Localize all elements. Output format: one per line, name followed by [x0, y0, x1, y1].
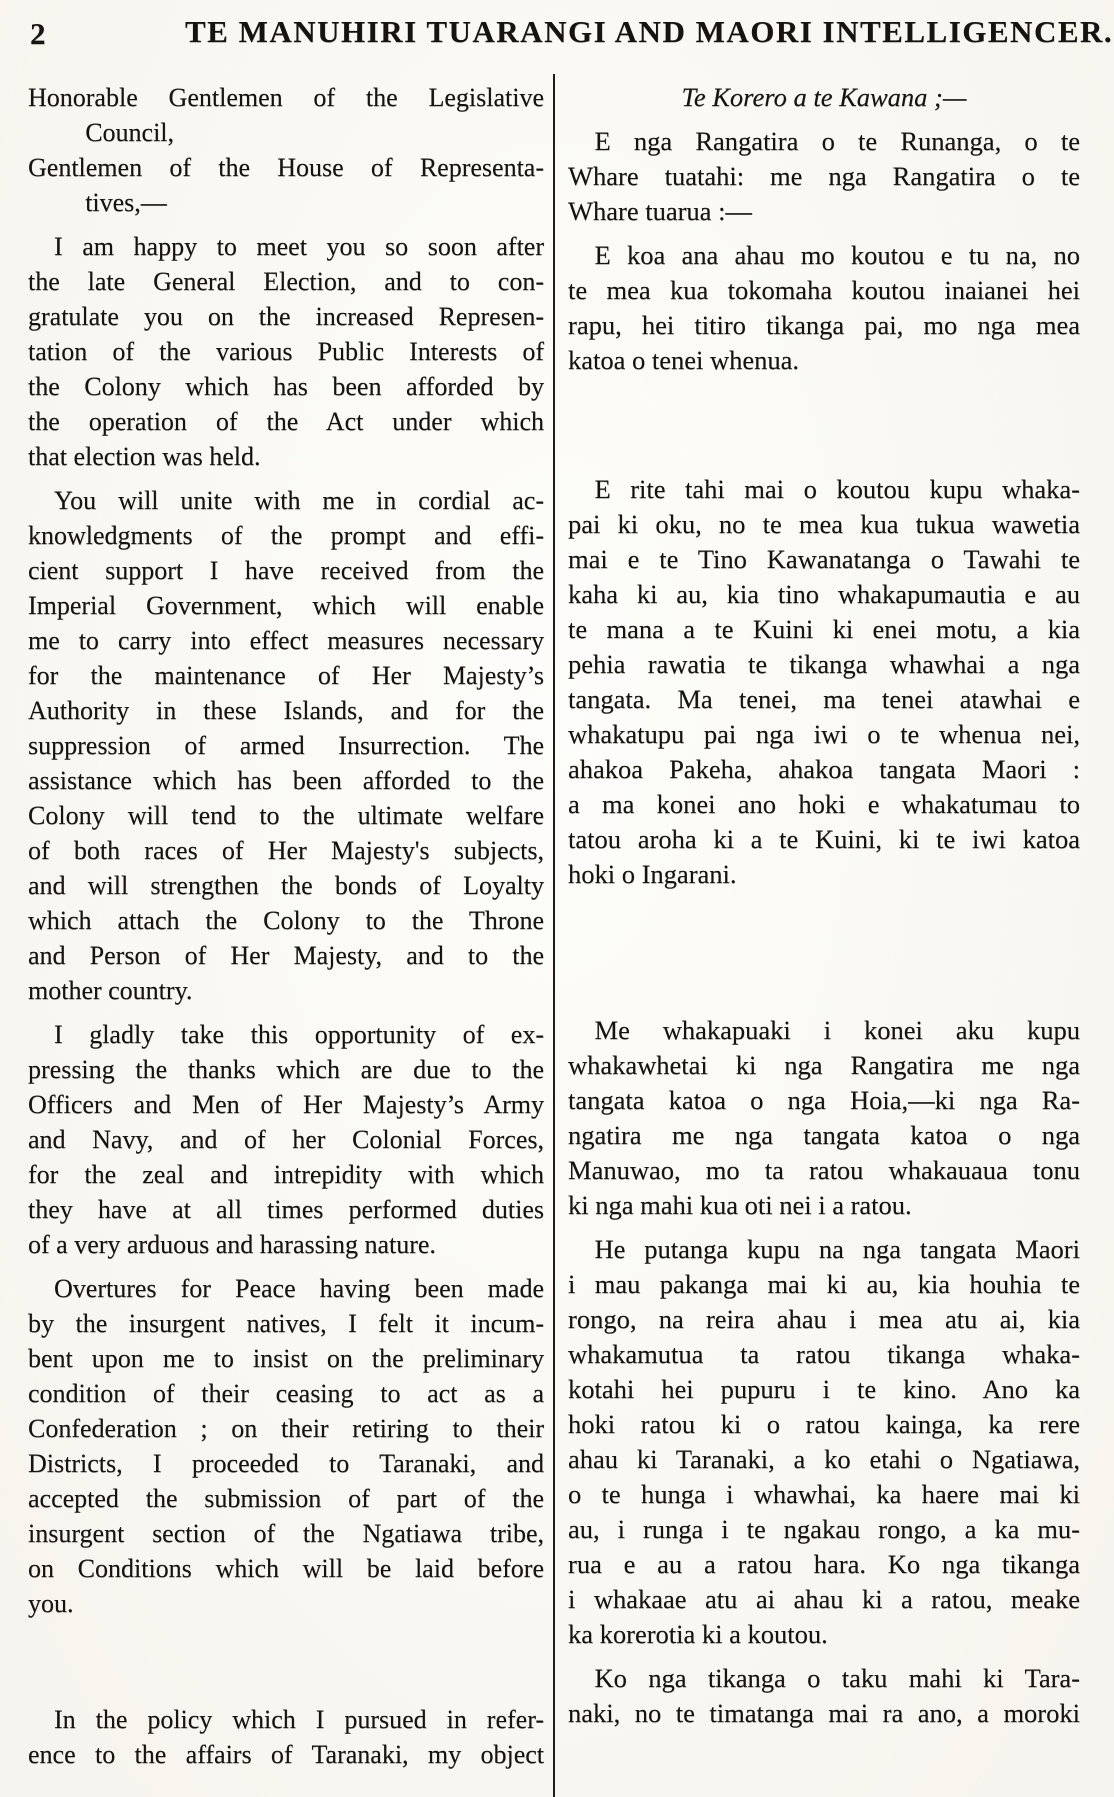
- text-line: au, i runga i te ngakau rongo, a ka mu-: [568, 1512, 1080, 1547]
- text-line: ngatira me nga tangata katoa o nga: [568, 1118, 1080, 1153]
- text-line: Ko nga tikanga o taku mahi ki Tara-: [568, 1661, 1080, 1696]
- text-line: tatou aroha ki a te Kuini, ki te iwi kat…: [568, 822, 1080, 857]
- text-line: suppression of armed Insurrection. The: [28, 728, 544, 763]
- text-line: ahakoa Pakeha, ahakoa tangata Maori :: [568, 752, 1080, 787]
- column-divider-rule: [553, 74, 555, 1797]
- text-line: you.: [28, 1586, 544, 1621]
- text-line: naki, no te timatanga mai ra ano, a moro…: [568, 1696, 1080, 1731]
- text-line: katoa o tenei whenua.: [568, 343, 1080, 378]
- text-line: the late General Election, and to con-: [28, 264, 544, 299]
- text-line: hoki o Ingarani.: [568, 857, 1080, 892]
- text-line: Overtures for Peace having been made: [28, 1271, 544, 1306]
- text-line: Officers and Men of Her Majesty’s Army: [28, 1087, 544, 1122]
- text-line: tation of the various Public Interests o…: [28, 334, 544, 369]
- text-line: and Person of Her Majesty, and to the: [28, 938, 544, 973]
- masthead-title: TE MANUHIRI TUARANGI AND MAORI INTELLIGE…: [185, 14, 985, 50]
- paragraph-english-2: You will unite with me in cordial ac-kno…: [28, 483, 544, 1008]
- paragraph-english-5: In the policy which I pursued in refer-e…: [28, 1702, 544, 1772]
- text-line: whakamutua ta ratou tikanga whaka-: [568, 1337, 1080, 1372]
- text-line: Manuwao, mo ta ratou whakauaua tonu: [568, 1153, 1080, 1188]
- text-line: cient support I have received from the: [28, 553, 544, 588]
- text-line: tangata. Ma tenei, ma tenei atawhai e: [568, 682, 1080, 717]
- text-line: me to carry into effect measures necessa…: [28, 623, 544, 658]
- text-line: mai e te Tino Kawanatanga o Tawahi te: [568, 542, 1080, 577]
- newspaper-page: 2 TE MANUHIRI TUARANGI AND MAORI INTELLI…: [0, 0, 1114, 1797]
- text-line: accepted the submission of part of the: [28, 1481, 544, 1516]
- text-line: You will unite with me in cordial ac-: [28, 483, 544, 518]
- paragraph-english-4: Overtures for Peace having been madeby t…: [28, 1271, 544, 1621]
- salutation-english: Honorable Gentlemen of the LegislativeCo…: [28, 80, 544, 220]
- text-line: assistance which has been afforded to th…: [28, 763, 544, 798]
- text-line: Honorable Gentlemen of the Legislative: [28, 80, 544, 115]
- text-line: pai ki oku, no te mea kua tukua wawetia: [568, 507, 1080, 542]
- text-line: tives,—: [28, 185, 544, 220]
- text-line: the operation of the Act under which: [28, 404, 544, 439]
- text-line: kotahi hei pupuru i te kino. Ano ka: [568, 1372, 1080, 1407]
- text-line: for the zeal and intrepidity with which: [28, 1157, 544, 1192]
- english-column: Honorable Gentlemen of the LegislativeCo…: [28, 80, 544, 1781]
- text-line: and Navy, and of her Colonial Forces,: [28, 1122, 544, 1157]
- text-line: Te Korero a te Kawana ;—: [568, 80, 1080, 115]
- paragraph-maori-3: Me whakapuaki i konei aku kupuwhakawheta…: [568, 1013, 1080, 1223]
- text-line: rongo, na reira ahau i mea atu ai, kia: [568, 1302, 1080, 1337]
- text-line: o te hunga i whawhai, ka haere mai ki: [568, 1477, 1080, 1512]
- text-line: E nga Rangatira o te Runanga, o te: [568, 124, 1080, 159]
- paragraph-maori-5: Ko nga tikanga o taku mahi ki Tara-naki,…: [568, 1661, 1080, 1731]
- text-line: that election was held.: [28, 439, 544, 474]
- text-line: mother country.: [28, 973, 544, 1008]
- text-line: Districts, I proceeded to Taranaki, and: [28, 1446, 544, 1481]
- column-gap: [568, 901, 1080, 1013]
- text-line: te mana a te Kuini ki enei motu, a kia: [568, 612, 1080, 647]
- text-line: E rite tahi mai o koutou kupu whaka-: [568, 472, 1080, 507]
- text-line: ka korerotia ki a koutou.: [568, 1617, 1080, 1652]
- text-line: In the policy which I pursued in refer-: [28, 1702, 544, 1737]
- text-line: a ma konei ano hoki e whakatumau to: [568, 787, 1080, 822]
- text-line: whakawhetai ki nga Rangatira me nga: [568, 1048, 1080, 1083]
- text-line: te mea kua tokomaha koutou inaianei hei: [568, 273, 1080, 308]
- paragraph-english-3: I gladly take this opportunity of ex-pre…: [28, 1017, 544, 1262]
- text-line: Imperial Government, which will enable: [28, 588, 544, 623]
- text-line: Me whakapuaki i konei aku kupu: [568, 1013, 1080, 1048]
- text-line: I am happy to meet you so soon after: [28, 229, 544, 264]
- text-line: on Conditions which will be laid before: [28, 1551, 544, 1586]
- text-line: Colony will tend to the ultimate welfare: [28, 798, 544, 833]
- text-line: pressing the thanks which are due to the: [28, 1052, 544, 1087]
- text-line: whakatupu pai nga iwi o te whenua nei,: [568, 717, 1080, 752]
- text-line: tangata katoa o nga Hoia,—ki nga Ra-: [568, 1083, 1080, 1118]
- text-line: hoki ratou ki o ratou kainga, ka rere: [568, 1407, 1080, 1442]
- text-line: gratulate you on the increased Represen-: [28, 299, 544, 334]
- paragraph-maori-4: He putanga kupu na nga tangata Maorii ma…: [568, 1232, 1080, 1652]
- paragraph-maori-1: E koa ana ahau mo koutou e tu na, note m…: [568, 238, 1080, 378]
- text-line: He putanga kupu na nga tangata Maori: [568, 1232, 1080, 1267]
- text-line: Whare tuarua :—: [568, 194, 1080, 229]
- column-gap: [568, 387, 1080, 472]
- text-line: bent upon me to insist on the preliminar…: [28, 1341, 544, 1376]
- column-gap: [28, 1630, 544, 1702]
- text-line: kaha ki au, kia tino whakapumautia e au: [568, 577, 1080, 612]
- maori-column: Te Korero a te Kawana ;—E nga Rangatira …: [568, 80, 1080, 1740]
- text-line: pehia rawatia te tikanga whawhai a nga: [568, 647, 1080, 682]
- paragraph-english-1: I am happy to meet you so soon afterthe …: [28, 229, 544, 474]
- text-line: E koa ana ahau mo koutou e tu na, no: [568, 238, 1080, 273]
- text-line: I gladly take this opportunity of ex-: [28, 1017, 544, 1052]
- text-line: ahau ki Taranaki, a ko etahi o Ngatiawa,: [568, 1442, 1080, 1477]
- text-line: for the maintenance of Her Majesty’s: [28, 658, 544, 693]
- text-line: insurgent section of the Ngatiawa tribe,: [28, 1516, 544, 1551]
- text-line: i whakaae atu ai ahau ki a ratou, meake: [568, 1582, 1080, 1617]
- text-line: by the insurgent natives, I felt it incu…: [28, 1306, 544, 1341]
- text-line: i mau pakanga mai ki au, kia houhia te: [568, 1267, 1080, 1302]
- page-number: 2: [30, 16, 46, 52]
- text-line: Gentlemen of the House of Representa-: [28, 150, 544, 185]
- text-line: and will strengthen the bonds of Loyalty: [28, 868, 544, 903]
- text-line: of a very arduous and harassing nature.: [28, 1227, 544, 1262]
- text-line: rua e au a ratou hara. Ko nga tikanga: [568, 1547, 1080, 1582]
- text-line: of both races of Her Majesty's subjects,: [28, 833, 544, 868]
- text-line: Council,: [28, 115, 544, 150]
- text-line: Authority in these Islands, and for the: [28, 693, 544, 728]
- text-line: ki nga mahi kua oti nei i a ratou.: [568, 1188, 1080, 1223]
- text-line: condition of their ceasing to act as a: [28, 1376, 544, 1411]
- paragraph-maori-2: E rite tahi mai o koutou kupu whaka-pai …: [568, 472, 1080, 892]
- text-line: Whare tuatahi: me nga Rangatira o te: [568, 159, 1080, 194]
- text-line: ence to the affairs of Taranaki, my obje…: [28, 1737, 544, 1772]
- section-heading-maori: Te Korero a te Kawana ;—: [568, 80, 1080, 115]
- text-line: Confederation ; on their retiring to the…: [28, 1411, 544, 1446]
- text-line: rapu, hei titiro tikanga pai, mo nga mea: [568, 308, 1080, 343]
- text-line: they have at all times performed duties: [28, 1192, 544, 1227]
- salutation-maori: E nga Rangatira o te Runanga, o teWhare …: [568, 124, 1080, 229]
- text-line: the Colony which has been afforded by: [28, 369, 544, 404]
- text-line: which attach the Colony to the Throne: [28, 903, 544, 938]
- text-line: knowledgments of the prompt and effi-: [28, 518, 544, 553]
